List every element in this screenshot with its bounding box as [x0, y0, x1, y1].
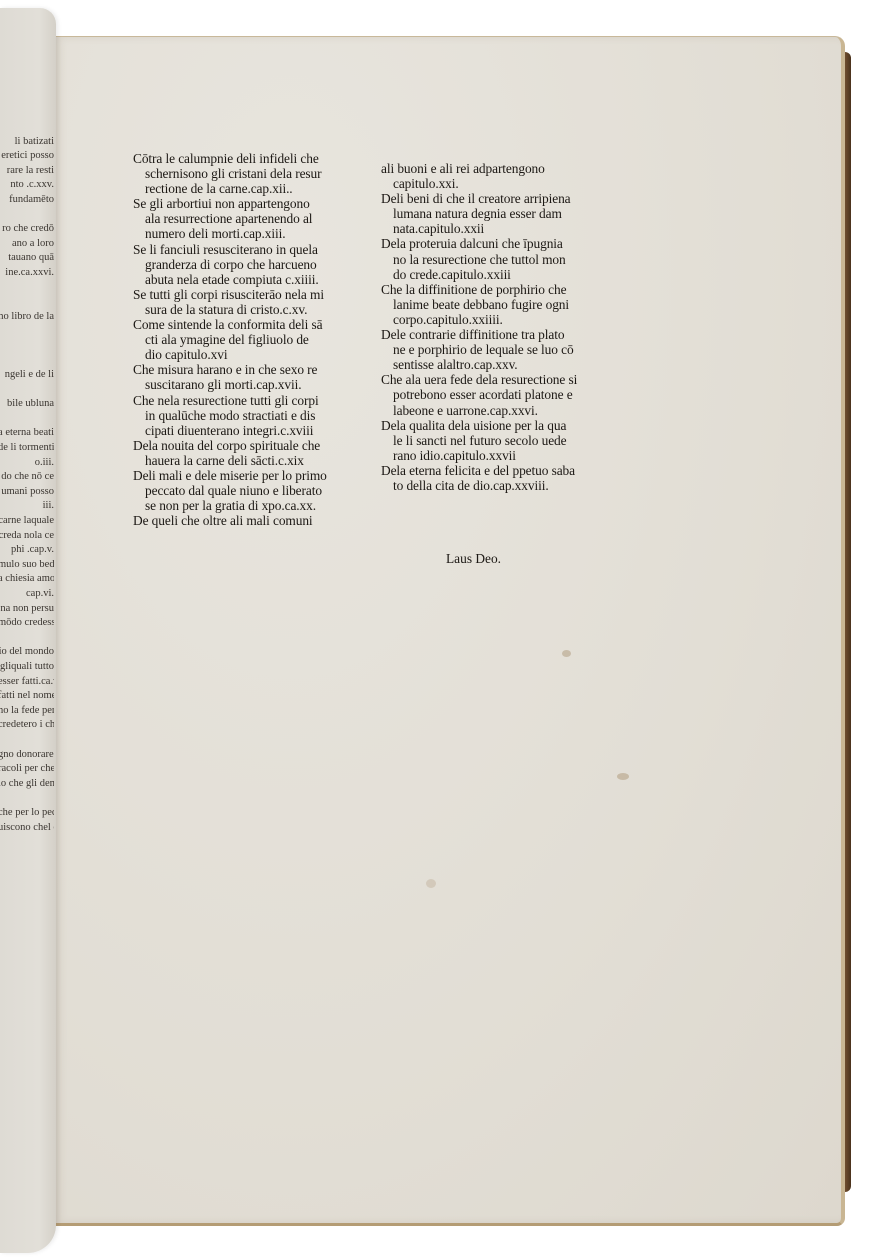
verso-text-line	[0, 733, 54, 748]
chapter-entry-continuation-line: ne e porphirio de lequale se luo cō	[381, 342, 616, 357]
verso-text-line	[0, 354, 54, 369]
verso-text-line: carne laquale	[0, 514, 54, 529]
verso-text-line: che per lo pecto	[0, 806, 54, 821]
verso-text-line: esser fatti.ca.viii	[0, 675, 54, 690]
chapter-entry-continuation-line: rano idio.capitulo.xxvii	[381, 448, 616, 463]
verso-text-line: phi .cap.v.	[0, 543, 54, 558]
chapter-entry-continuation-line: corpo.capitulo.xxiiii.	[381, 312, 616, 327]
chapter-entry-first-line: Dela qualita dela uisione per la qua	[381, 418, 616, 433]
chapter-entry: Cōtra le calumpnie deli infideli chesche…	[133, 151, 368, 196]
chapter-entry-first-line: Che nela resurectione tutti gli corpi	[133, 393, 368, 408]
verso-text-line	[0, 208, 54, 223]
verso-text-line: rare la resti	[0, 164, 54, 179]
chapter-entry-continuation-line: to della cita de dio.cap.xxviii.	[381, 478, 616, 493]
chapter-entry-continuation-line: do crede.capitulo.xxiii	[381, 267, 616, 282]
verso-text-line: cap.vi.	[0, 587, 54, 602]
verso-text-line	[0, 412, 54, 427]
verso-text-line: mōdo credesse	[0, 616, 54, 631]
chapter-entry: De queli che oltre ali mali comuni	[133, 513, 368, 528]
chapter-entry-first-line: Deli beni di che il creatore arripiena	[381, 191, 616, 206]
table-of-contents-left-column: Cōtra le calumpnie deli infideli chesche…	[133, 151, 368, 528]
verso-text-line: mulo suo bedi	[0, 558, 54, 573]
chapter-entry-first-line: Dela eterna felicita e del ppetuo saba	[381, 463, 616, 478]
chapter-entry-first-line: Se li fanciuli resusciterano in quela	[133, 242, 368, 257]
verso-text-line: na non persu	[0, 602, 54, 617]
verso-text-line: a eterna beati	[0, 426, 54, 441]
verso-text-line: li batizati	[0, 135, 54, 150]
verso-text-line: gliquali tutto	[0, 660, 54, 675]
verso-text-line: io che gli demo	[0, 777, 54, 792]
chapter-entry: Deli beni di che il creatore arripienalu…	[381, 191, 616, 236]
chapter-entry-continuation-line: lanime beate debbano fugire ogni	[381, 297, 616, 312]
verso-text-line: no libro de la	[0, 310, 54, 325]
verso-text-line: no la fede per	[0, 704, 54, 719]
verso-text-line: a chiesia amo	[0, 572, 54, 587]
foxing-spot	[617, 773, 629, 780]
verso-page-fragment: li batizatieretici possorare la restinto…	[0, 8, 56, 1253]
chapter-entry-continuation-line: nata.capitulo.xxii	[381, 221, 616, 236]
chapter-entry-continuation-line: peccato dal quale niuno e liberato	[133, 483, 368, 498]
verso-text-line	[0, 120, 54, 135]
chapter-entry: Dela qualita dela uisione per la quale l…	[381, 418, 616, 463]
verso-text-line: o.iii.	[0, 456, 54, 471]
verso-text-line: nto .c.xxv.	[0, 178, 54, 193]
verso-text-line: ro che credō	[0, 222, 54, 237]
foxing-spot	[426, 879, 436, 888]
chapter-entry-first-line: Come sintende la conformita deli sā	[133, 317, 368, 332]
chapter-entry-continuation-line: labeone e uarrone.cap.xxvi.	[381, 403, 616, 418]
verso-text-line	[0, 383, 54, 398]
verso-text-lines: li batizatieretici possorare la restinto…	[0, 120, 54, 835]
verso-text-line: do che nō ce	[0, 470, 54, 485]
chapter-entry: ali buoni e ali rei adpartengonocapitulo…	[381, 161, 616, 191]
verso-text-line: fundamēto	[0, 193, 54, 208]
chapter-entry: Deli mali e dele miserie per lo primopec…	[133, 468, 368, 513]
chapter-entry-continuation-line: ala resurrectione apartenendo al	[133, 211, 368, 226]
chapter-entry-first-line: Deli mali e dele miserie per lo primo	[133, 468, 368, 483]
chapter-entry: Che nela resurectione tutti gli corpiin …	[133, 393, 368, 438]
verso-text-line: gno donorare li	[0, 748, 54, 763]
chapter-entry: Che la diffinitione de porphirio chelani…	[381, 282, 616, 327]
verso-text-line: bile ubluna	[0, 397, 54, 412]
verso-text-line: io del mondo	[0, 645, 54, 660]
chapter-entry: Dele contrarie diffinitione tra platone …	[381, 327, 616, 372]
verso-text-line: de li tormenti	[0, 441, 54, 456]
chapter-entry-first-line: Che ala uera fede dela resurectione si	[381, 372, 616, 387]
verso-text-line: ngeli e de li	[0, 368, 54, 383]
verso-text-line	[0, 339, 54, 354]
chapter-entry-continuation-line: hauera la carne deli sācti.c.xix	[133, 453, 368, 468]
chapter-entry-first-line: Dela nouita del corpo spirituale che	[133, 438, 368, 453]
chapter-entry-first-line: Che la diffinitione de porphirio che	[381, 282, 616, 297]
verso-text-line: ano a loro	[0, 237, 54, 252]
chapter-entry-continuation-line: abuta nela etade compiuta c.xiiii.	[133, 272, 368, 287]
chapter-entry-first-line: De queli che oltre ali mali comuni	[133, 513, 368, 528]
verso-text-line: eretici posso	[0, 149, 54, 164]
chapter-entry-continuation-line: cipati diuenterano integri.c.xviii	[133, 423, 368, 438]
chapter-entry-first-line: Se tutti gli corpi risusciterāo nela mi	[133, 287, 368, 302]
chapter-entry: Dela eterna felicita e del ppetuo sabato…	[381, 463, 616, 493]
verso-text-line	[0, 791, 54, 806]
chapter-entry-continuation-line: cti ala ymagine del figliuolo de	[133, 332, 368, 347]
chapter-entry: Se tutti gli corpi risusciterāo nela mis…	[133, 287, 368, 317]
verso-text-line: racoli per che fa	[0, 762, 54, 777]
chapter-entry-continuation-line: dio capitulo.xvi	[133, 347, 368, 362]
chapter-entry-continuation-line: granderza di corpo che harcueno	[133, 257, 368, 272]
verso-text-line: ine.ca.xxvi.	[0, 266, 54, 281]
chapter-entry: Dela proteruia dalcuni che īpugniano la …	[381, 236, 616, 281]
verso-text-line	[0, 631, 54, 646]
verso-text-line: uiscono chel co	[0, 821, 54, 836]
verso-text-line: tauano quā	[0, 251, 54, 266]
chapter-entry-first-line: Dele contrarie diffinitione tra plato	[381, 327, 616, 342]
chapter-entry-continuation-line: potrebono esser acordati platone e	[381, 387, 616, 402]
verso-text-line: fatti nel nome di	[0, 689, 54, 704]
chapter-entry-continuation-line: sura de la statura di cristo.c.xv.	[133, 302, 368, 317]
chapter-entry-first-line: Dela proteruia dalcuni che īpugnia	[381, 236, 616, 251]
colophon-laus-deo: Laus Deo.	[446, 551, 501, 567]
chapter-entry-continuation-line: se non per la gratia di xpo.ca.xx.	[133, 498, 368, 513]
verso-text-line: iii.	[0, 499, 54, 514]
verso-text-line: credetero i chi	[0, 718, 54, 733]
verso-text-line	[0, 324, 54, 339]
chapter-entry-continuation-line: no la resurectione che tuttol mon	[381, 252, 616, 267]
chapter-entry-continuation-line: suscitarano gli morti.cap.xvii.	[133, 377, 368, 392]
chapter-entry-continuation-line: lumana natura degnia esser dam	[381, 206, 616, 221]
chapter-entry: Dela nouita del corpo spirituale chehaue…	[133, 438, 368, 468]
chapter-entry-first-line: ali buoni e ali rei adpartengono	[381, 161, 616, 176]
verso-text-line: umani posso	[0, 485, 54, 500]
chapter-entry-continuation-line: le li sancti nel futuro secolo uede	[381, 433, 616, 448]
chapter-entry: Se li fanciuli resusciterano in quelagra…	[133, 242, 368, 287]
foxing-spot	[562, 650, 571, 657]
chapter-entry: Che misura harano e in che sexo resuscit…	[133, 362, 368, 392]
chapter-entry-continuation-line: capitulo.xxi.	[381, 176, 616, 191]
chapter-entry-continuation-line: sentisse alaltro.cap.xxv.	[381, 357, 616, 372]
chapter-entry-first-line: Che misura harano e in che sexo re	[133, 362, 368, 377]
verso-text-line	[0, 281, 54, 296]
verso-text-line: creda nola ce	[0, 529, 54, 544]
chapter-entry-first-line: Cōtra le calumpnie deli infideli che	[133, 151, 368, 166]
chapter-entry: Se gli arbortiui non appartengonoala res…	[133, 196, 368, 241]
chapter-entry-first-line: Se gli arbortiui non appartengono	[133, 196, 368, 211]
chapter-entry-continuation-line: schernisono gli cristani dela resur	[133, 166, 368, 181]
chapter-entry-continuation-line: rectione de la carne.cap.xii..	[133, 181, 368, 196]
verso-text-line	[0, 295, 54, 310]
chapter-entry-continuation-line: numero deli morti.cap.xiii.	[133, 226, 368, 241]
chapter-entry: Che ala uera fede dela resurectione sipo…	[381, 372, 616, 417]
chapter-entry: Come sintende la conformita deli sācti a…	[133, 317, 368, 362]
table-of-contents-right-column: ali buoni e ali rei adpartengonocapitulo…	[381, 161, 616, 493]
chapter-entry-continuation-line: in qualūche modo stractiati e dis	[133, 408, 368, 423]
